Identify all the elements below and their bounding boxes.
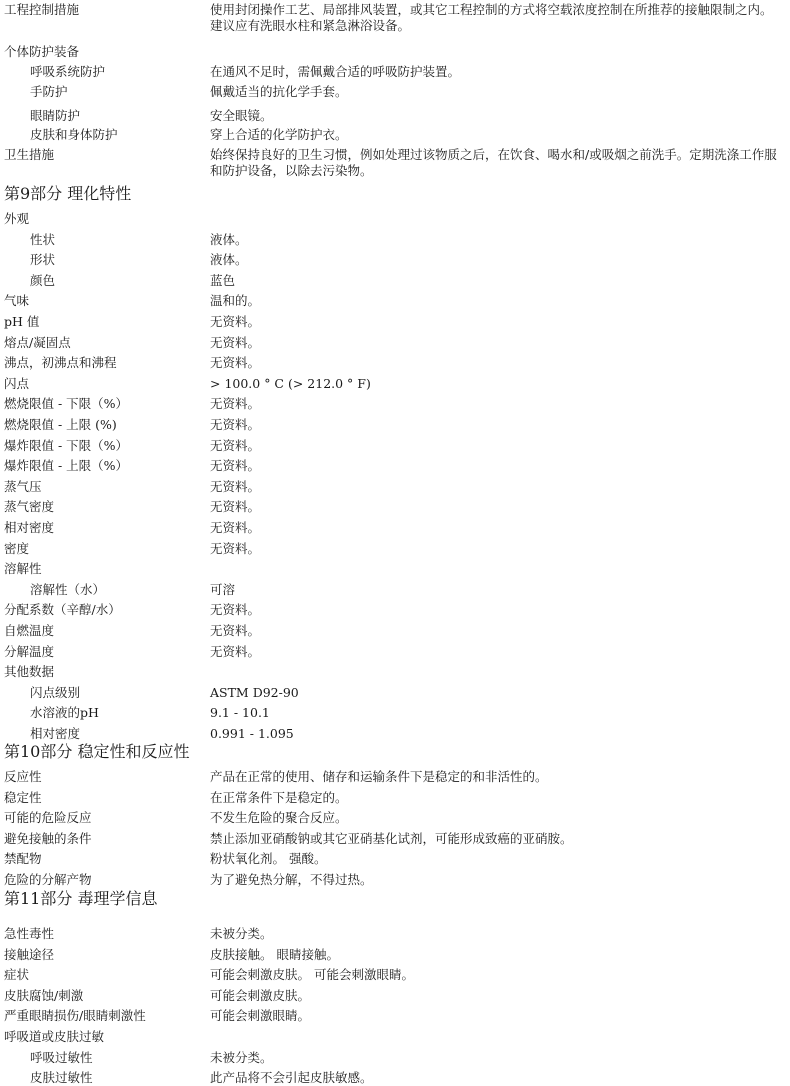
field-value: 无资料。 <box>210 438 786 454</box>
field-label: 水溶液的pH <box>30 705 99 721</box>
field-label: 卫生措施 <box>4 147 54 163</box>
field-value: 皮肤接触。 眼睛接触。 <box>210 947 786 963</box>
field-value: 液体。 <box>210 252 786 268</box>
field-value: 无资料。 <box>210 520 786 536</box>
field-label: 手防护 <box>30 84 68 100</box>
field-value: 无资料。 <box>210 335 786 351</box>
field-label: 症状 <box>4 967 29 983</box>
field-label: 其他数据 <box>4 664 54 680</box>
field-value: 蓝色 <box>210 273 786 289</box>
field-label: 工程控制措施 <box>4 2 79 18</box>
field-label: 燃烧限值 - 下限（%） <box>4 396 128 412</box>
field-value: 在正常条件下是稳定的。 <box>210 790 786 806</box>
field-label: 分配系数（辛醇/水） <box>4 602 121 618</box>
field-value: 未被分类。 <box>210 926 786 942</box>
field-value: 此产品将不会引起皮肤敏感。 <box>210 1070 786 1086</box>
field-label: 闪点 <box>4 376 29 392</box>
section-11-title: 第11部分 毒理学信息 <box>4 889 157 909</box>
field-value: 无资料。 <box>210 623 786 639</box>
field-value: 无资料。 <box>210 396 786 412</box>
field-label: 沸点，初沸点和沸程 <box>4 355 117 371</box>
field-label: 形状 <box>30 252 55 268</box>
field-value: 0.991 - 1.095 <box>210 726 786 742</box>
field-label: 反应性 <box>4 769 42 785</box>
field-value: 无资料。 <box>210 458 786 474</box>
field-label: 相对密度 <box>30 726 80 742</box>
field-label: 相对密度 <box>4 520 54 536</box>
field-label: 稳定性 <box>4 790 42 806</box>
field-label: 禁配物 <box>4 851 42 867</box>
section-9-title: 第9部分 理化特性 <box>4 184 131 204</box>
field-label: 自燃温度 <box>4 623 54 639</box>
field-value: 可溶 <box>210 582 786 598</box>
field-label: 分解温度 <box>4 644 54 660</box>
field-label: 皮肤腐蚀/刺激 <box>4 988 83 1004</box>
field-value: 温和的。 <box>210 293 786 309</box>
field-label: 爆炸限值 - 上限（%） <box>4 458 128 474</box>
field-value: 不发生危险的聚合反应。 <box>210 810 786 826</box>
field-value: > 100.0 ° C (> 212.0 ° F) <box>210 376 786 392</box>
field-label: 溶解性（水） <box>30 582 105 598</box>
field-value: 无资料。 <box>210 355 786 371</box>
field-value: 无资料。 <box>210 602 786 618</box>
field-label: 闪点级别 <box>30 685 80 701</box>
field-value: 无资料。 <box>210 479 786 495</box>
field-value: 可能会刺激皮肤。 可能会刺激眼睛。 <box>210 967 786 983</box>
field-label: 溶解性 <box>4 561 42 577</box>
field-label: 性状 <box>30 232 55 248</box>
field-label: 个体防护装备 <box>4 44 79 60</box>
field-label: 爆炸限值 - 下限（%） <box>4 438 128 454</box>
field-value: 无资料。 <box>210 499 786 515</box>
field-value: ASTM D92-90 <box>210 685 786 701</box>
field-label: 蒸气压 <box>4 479 42 495</box>
field-value: 无资料。 <box>210 417 786 433</box>
field-value: 禁止添加亚硝酸钠或其它亚硝基化试剂，可能形成致癌的亚硝胺。 <box>210 831 786 847</box>
field-label: 燃烧限值 - 上限 (%) <box>4 417 117 433</box>
field-value: 无资料。 <box>210 644 786 660</box>
field-label: 颜色 <box>30 273 55 289</box>
field-value: 为了避免热分解，不得过热。 <box>210 872 786 888</box>
field-value: 粉状氧化剂。 强酸。 <box>210 851 786 867</box>
field-label: 蒸气密度 <box>4 499 54 515</box>
field-label: 外观 <box>4 211 29 227</box>
field-label: 呼吸系统防护 <box>30 64 105 80</box>
field-label: 呼吸道或皮肤过敏 <box>4 1029 104 1045</box>
field-label: 急性毒性 <box>4 926 54 942</box>
field-value: 产品在正常的使用、储存和运输条件下是稳定的和非活性的。 <box>210 769 786 785</box>
field-value: 安全眼镜。 <box>210 108 786 124</box>
field-value: 可能会刺激皮肤。 <box>210 988 786 1004</box>
field-label: 可能的危险反应 <box>4 810 92 826</box>
field-label: 呼吸过敏性 <box>30 1050 93 1066</box>
field-label: 密度 <box>4 541 29 557</box>
field-label: 严重眼睛损伤/眼睛刺激性 <box>4 1008 146 1024</box>
field-value: 液体。 <box>210 232 786 248</box>
field-value: 始终保持良好的卫生习惯，例如处理过该物质之后，在饮食、喝水和/或吸烟之前洗手。定… <box>210 147 786 179</box>
field-label: 气味 <box>4 293 29 309</box>
field-value: 9.1 - 10.1 <box>210 705 786 721</box>
field-label: 皮肤和身体防护 <box>30 127 118 143</box>
field-label: 熔点/凝固点 <box>4 335 71 351</box>
field-label: 避免接触的条件 <box>4 831 92 847</box>
field-label: 眼睛防护 <box>30 108 80 124</box>
field-value: 无资料。 <box>210 314 786 330</box>
field-label: 皮肤过敏性 <box>30 1070 93 1086</box>
field-value: 未被分类。 <box>210 1050 786 1066</box>
field-label: 危险的分解产物 <box>4 872 92 888</box>
field-value: 使用封闭操作工艺、局部排风装置，或其它工程控制的方式将空载浓度控制在所推荐的接触… <box>210 2 786 34</box>
field-value: 可能会刺激眼睛。 <box>210 1008 786 1024</box>
field-label: 接触途径 <box>4 947 54 963</box>
field-value: 在通风不足时，需佩戴合适的呼吸防护装置。 <box>210 64 786 80</box>
section-10-title: 第10部分 稳定性和反应性 <box>4 742 189 762</box>
field-label: pH 值 <box>4 314 39 330</box>
field-value: 无资料。 <box>210 541 786 557</box>
field-value: 穿上合适的化学防护衣。 <box>210 127 786 143</box>
field-value: 佩戴适当的抗化学手套。 <box>210 84 786 100</box>
